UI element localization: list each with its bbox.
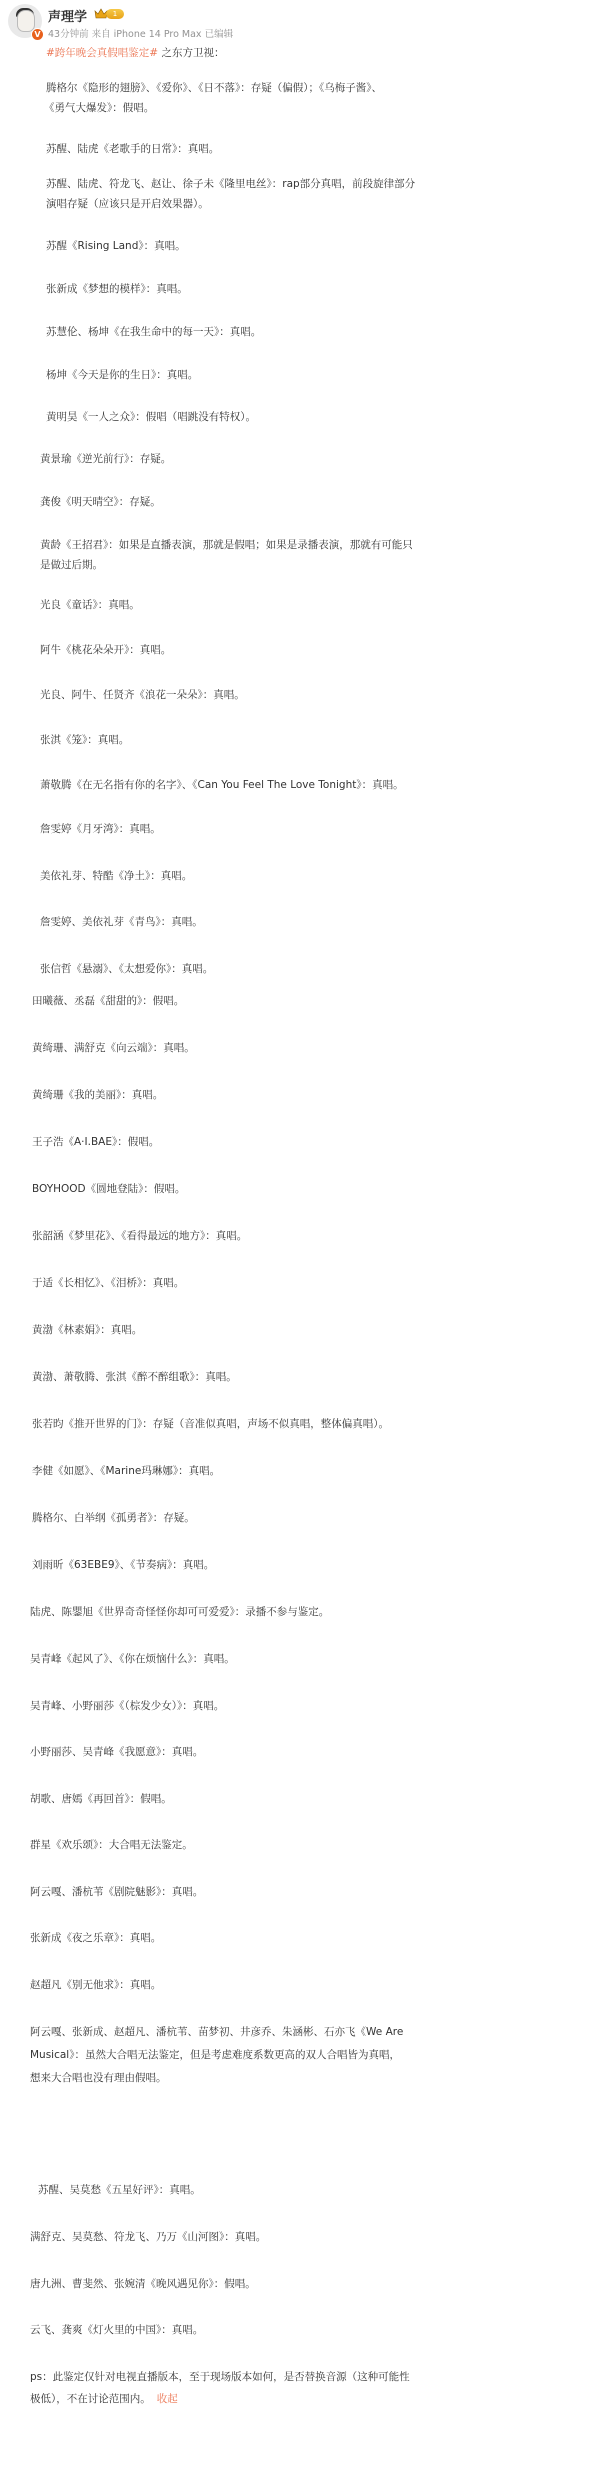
verdict-line: 光良、阿牛、任贤齐《浪花一朵朵》：真唱。 — [40, 686, 245, 704]
verdict-line: 杨坤《今天是你的生日》：真唱。 — [46, 366, 198, 384]
verdict-text: 云飞、龚爽《灯火里的中国》：真唱。 — [30, 2324, 203, 2336]
verdict-text: 陆虎、陈鑍旭《世界奇奇怪怪你却可可爱爱》：录播不参与鉴定。 — [30, 1606, 329, 1618]
verdict-text: 李健《如愿》、《Marine玛琳娜》：真唱。 — [32, 1465, 220, 1477]
verdict-line: 张信哲《悬溺》、《太想爱你》：真唱。 — [40, 960, 213, 978]
verdict-line: BOYHOOD《圆地登陆》：假唱。 — [32, 1180, 185, 1198]
verdict-line: 腾格尔、白举纲《孤勇者》：存疑。 — [32, 1509, 195, 1527]
verdict-line: 想来大合唱也没有理由假唱。 — [30, 2069, 167, 2087]
verdict-line: 阿云嘎、张新成、赵超凡、潘杭苇、苗梦初、井彦乔、朱涵彬、石亦飞《We Are — [30, 2023, 403, 2041]
verdict-text: 黄渤、萧敬腾、张淇《醉不醉组歌》：真唱。 — [32, 1371, 237, 1383]
level-badge: 1 — [106, 9, 124, 19]
verdict-text: 极低），不在讨论范围内。 — [30, 2393, 151, 2405]
verdict-line: 阿云嘎、潘杭苇《剧院魅影》：真唱。 — [30, 1883, 203, 1901]
verdict-text: 腾格尔、白举纲《孤勇者》：存疑。 — [32, 1512, 195, 1524]
verdict-line: 《勇气大爆发》：假唱。 — [44, 99, 154, 117]
verdict-line: 黄景瑜《逆光前行》：存疑。 — [40, 450, 171, 468]
verdict-text: 王子浩《A·I.BAE》：假唱。 — [32, 1136, 159, 1148]
verdict-text: 张信哲《悬溺》、《太想爱你》：真唱。 — [40, 963, 213, 975]
verdict-line: 黄明昊《一人之众》：假唱（唱跳没有特权）。 — [46, 408, 256, 426]
verdict-text: 刘雨昕《63EBE9》、《节奏病》：真唱。 — [32, 1559, 214, 1571]
verdict-text: 群星《欢乐颂》：大合唱无法鉴定。 — [30, 1839, 193, 1851]
verdict-line: 吴青峰、小野丽莎《（棕发少女）》：真唱。 — [30, 1697, 224, 1715]
verdict-line: 极低），不在讨论范围内。收起 — [30, 2390, 178, 2408]
verdict-line: 李健《如愿》、《Marine玛琳娜》：真唱。 — [32, 1462, 220, 1480]
verdict-text: 詹雯婷《月牙湾》：真唱。 — [40, 823, 161, 835]
verdict-line: 张淇《笼》：真唱。 — [40, 731, 129, 749]
verdict-line: 阿牛《桃花朵朵开》：真唱。 — [40, 641, 171, 659]
verdict-text: 《勇气大爆发》：假唱。 — [44, 102, 154, 114]
verdict-line: 满舒克、吴莫愁、符龙飞、乃万《山河图》：真唱。 — [30, 2228, 266, 2246]
verdict-text: 张新成《夜之乐章》：真唱。 — [30, 1932, 161, 1944]
verdict-text: 张若昀《推开世界的门》：存疑（音准似真唱，声场不似真唱，整体偏真唱）。 — [32, 1418, 389, 1430]
post-header: V 声理学 1 43分钟前 来自 iPhone 14 Pro Max 已编辑 — [8, 4, 598, 40]
verdict-text: 小野丽莎、吴青峰《我愿意》：真唱。 — [30, 1746, 203, 1758]
verdict-text: 吴青峰、小野丽莎《（棕发少女）》：真唱。 — [30, 1700, 224, 1712]
verdict-line: 唐九洲、曹斐然、张婉清《晚风遇见你》：假唱。 — [30, 2275, 256, 2293]
hashtag-link[interactable]: #跨年晚会真假唱鉴定# — [46, 47, 158, 59]
verdict-text: 苏醒、陆虎、符龙飞、赵让、徐子未《隆里电丝》：rap部分真唱，前段旋律部分 — [46, 178, 415, 190]
verdict-text: 萧敬腾《在无名指有你的名字》、《Can You Feel The Love To… — [40, 779, 404, 791]
verdict-line: 黄龄《王招君》：如果是直播表演，那就是假唱；如果是录播表演，那就有可能只 — [40, 536, 413, 554]
verdict-line: 苏醒、陆虎《老歌手的日常》：真唱。 — [46, 140, 219, 158]
verdict-line: 苏慧伦、杨坤《在我生命中的每一天》：真唱。 — [46, 323, 261, 341]
collapse-link[interactable]: 收起 — [157, 2393, 178, 2405]
verdict-text: 黄绮珊、满舒克《向云端》：真唱。 — [32, 1042, 195, 1054]
verdict-text: 詹雯婷、美依礼芽《青鸟》：真唱。 — [40, 916, 203, 928]
verdict-line: 苏醒《Rising Land》：真唱。 — [46, 237, 186, 255]
verdict-text: 唐九洲、曹斐然、张婉清《晚风遇见你》：假唱。 — [30, 2278, 256, 2290]
verdict-text: Musical》：虽然大合唱无法鉴定，但是考虑难度系数更高的双人合唱皆为真唱， — [30, 2049, 400, 2061]
verdict-text: 吴青峰《起风了》、《你在烦恼什么》：真唱。 — [30, 1653, 235, 1665]
verdict-line: 美依礼芽、特酷《净土》：真唱。 — [40, 867, 192, 885]
verdict-text: 美依礼芽、特酷《净土》：真唱。 — [40, 870, 192, 882]
verdict-line: 赵超凡《别无他求》：真唱。 — [30, 1976, 161, 1994]
verdict-line: ps：此鉴定仅针对电视直播版本，至于现场版本如何，是否替换音源（这种可能性 — [30, 2368, 410, 2386]
verdict-line: 是做过后期。 — [40, 556, 103, 574]
verdict-text: 腾格尔《隐形的翅膀》、《爱你》、《日不落》：存疑（偏假）；《乌梅子酱》、 — [46, 82, 382, 94]
verdict-line: 田曦薇、丞磊《甜甜的》：假唱。 — [32, 992, 184, 1010]
verdict-line: 张韶涵《梦里花》、《看得最远的地方》：真唱。 — [32, 1227, 247, 1245]
verdict-text: 光良、阿牛、任贤齐《浪花一朵朵》：真唱。 — [40, 689, 245, 701]
verdict-line: 黄渤、萧敬腾、张淇《醉不醉组歌》：真唱。 — [32, 1368, 237, 1386]
verdict-text: 黄景瑜《逆光前行》：存疑。 — [40, 453, 171, 465]
verdict-line: 张新成《梦想的模样》：真唱。 — [46, 280, 188, 298]
verdict-text: ps：此鉴定仅针对电视直播版本，至于现场版本如何，是否替换音源（这种可能性 — [30, 2371, 410, 2383]
verdict-text: 黄龄《王招君》：如果是直播表演，那就是假唱；如果是录播表演，那就有可能只 — [40, 539, 413, 551]
verdict-text: 是做过后期。 — [40, 559, 103, 571]
verdict-line: 陆虎、陈鑍旭《世界奇奇怪怪你却可可爱爱》：录播不参与鉴定。 — [30, 1603, 329, 1621]
verdict-line: 詹雯婷、美依礼芽《青鸟》：真唱。 — [40, 913, 203, 931]
verdict-text: 演唱存疑（应该只是开启效果器）。 — [46, 198, 209, 210]
verdict-text: 田曦薇、丞磊《甜甜的》：假唱。 — [32, 995, 184, 1007]
verdict-text: 杨坤《今天是你的生日》：真唱。 — [46, 369, 198, 381]
verdict-text: 黄绮珊《我的美丽》：真唱。 — [32, 1089, 163, 1101]
verdict-text: 张淇《笼》：真唱。 — [40, 734, 129, 746]
verdict-text: 苏醒、吴莫愁《五星好评》：真唱。 — [38, 2184, 201, 2196]
verdict-text: 于适《长相忆》、《泪桥》：真唱。 — [32, 1277, 184, 1289]
verdict-text: 光良《童话》：真唱。 — [40, 599, 140, 611]
verdict-line: 詹雯婷《月牙湾》：真唱。 — [40, 820, 161, 838]
verdict-line: 吴青峰《起风了》、《你在烦恼什么》：真唱。 — [30, 1650, 235, 1668]
verdict-text: BOYHOOD《圆地登陆》：假唱。 — [32, 1183, 185, 1195]
verdict-line: Musical》：虽然大合唱无法鉴定，但是考虑难度系数更高的双人合唱皆为真唱， — [30, 2046, 400, 2064]
verdict-line: 云飞、龚爽《灯火里的中国》：真唱。 — [30, 2321, 203, 2339]
verdict-line: 演唱存疑（应该只是开启效果器）。 — [46, 195, 209, 213]
verdict-line: 刘雨昕《63EBE9》、《节奏病》：真唱。 — [32, 1556, 214, 1574]
verdict-line: 苏醒、陆虎、符龙飞、赵让、徐子未《隆里电丝》：rap部分真唱，前段旋律部分 — [46, 175, 415, 193]
verdict-line: 张若昀《推开世界的门》：存疑（音准似真唱，声场不似真唱，整体偏真唱）。 — [32, 1415, 389, 1433]
verdict-text: 满舒克、吴莫愁、符龙飞、乃万《山河图》：真唱。 — [30, 2231, 266, 2243]
post-meta: 43分钟前 来自 iPhone 14 Pro Max 已编辑 — [48, 26, 233, 40]
verdict-line: 王子浩《A·I.BAE》：假唱。 — [32, 1133, 159, 1151]
verdict-line: 苏醒、吴莫愁《五星好评》：真唱。 — [38, 2181, 201, 2199]
verdict-text: 龚俊《明天晴空》：存疑。 — [40, 496, 161, 508]
verdict-text: 苏醒、陆虎《老歌手的日常》：真唱。 — [46, 143, 219, 155]
verdict-text: 苏慧伦、杨坤《在我生命中的每一天》：真唱。 — [46, 326, 261, 338]
verdict-line: 黄绮珊《我的美丽》：真唱。 — [32, 1086, 163, 1104]
verdict-line: 张新成《夜之乐章》：真唱。 — [30, 1929, 161, 1947]
verdict-text: 张新成《梦想的模样》：真唱。 — [46, 283, 188, 295]
verdict-text: 胡歌、唐嫣《再回首》：假唱。 — [30, 1793, 172, 1805]
verdict-text: 赵超凡《别无他求》：真唱。 — [30, 1979, 161, 1991]
intro-text: 之东方卫视： — [158, 47, 224, 59]
verified-badge-icon: V — [31, 28, 44, 41]
verdict-line: 龚俊《明天晴空》：存疑。 — [40, 493, 161, 511]
verdict-line: 黄渤《林素娟》：真唱。 — [32, 1321, 142, 1339]
verdict-text: 阿云嘎、张新成、赵超凡、潘杭苇、苗梦初、井彦乔、朱涵彬、石亦飞《We Are — [30, 2026, 403, 2038]
verdict-text: 阿云嘎、潘杭苇《剧院魅影》：真唱。 — [30, 1886, 203, 1898]
verdict-line: 光良《童话》：真唱。 — [40, 596, 140, 614]
verdict-line: 小野丽莎、吴青峰《我愿意》：真唱。 — [30, 1743, 203, 1761]
verdict-line: 腾格尔《隐形的翅膀》、《爱你》、《日不落》：存疑（偏假）；《乌梅子酱》、 — [46, 79, 382, 97]
verdict-text: 张韶涵《梦里花》、《看得最远的地方》：真唱。 — [32, 1230, 247, 1242]
verdict-text: 想来大合唱也没有理由假唱。 — [30, 2072, 167, 2084]
verdict-line: 于适《长相忆》、《泪桥》：真唱。 — [32, 1274, 184, 1292]
verdict-line: 群星《欢乐颂》：大合唱无法鉴定。 — [30, 1836, 193, 1854]
post-intro: #跨年晚会真假唱鉴定# 之东方卫视： — [46, 44, 224, 62]
username[interactable]: 声理学 — [48, 6, 87, 25]
verdict-text: 黄渤《林素娟》：真唱。 — [32, 1324, 142, 1336]
verdict-line: 黄绮珊、满舒克《向云端》：真唱。 — [32, 1039, 195, 1057]
verdict-text: 黄明昊《一人之众》：假唱（唱跳没有特权）。 — [46, 411, 256, 423]
verdict-text: 阿牛《桃花朵朵开》：真唱。 — [40, 644, 171, 656]
verdict-text: 苏醒《Rising Land》：真唱。 — [46, 240, 186, 252]
verdict-line: 萧敬腾《在无名指有你的名字》、《Can You Feel The Love To… — [40, 776, 404, 794]
verdict-line: 胡歌、唐嫣《再回首》：假唱。 — [30, 1790, 172, 1808]
